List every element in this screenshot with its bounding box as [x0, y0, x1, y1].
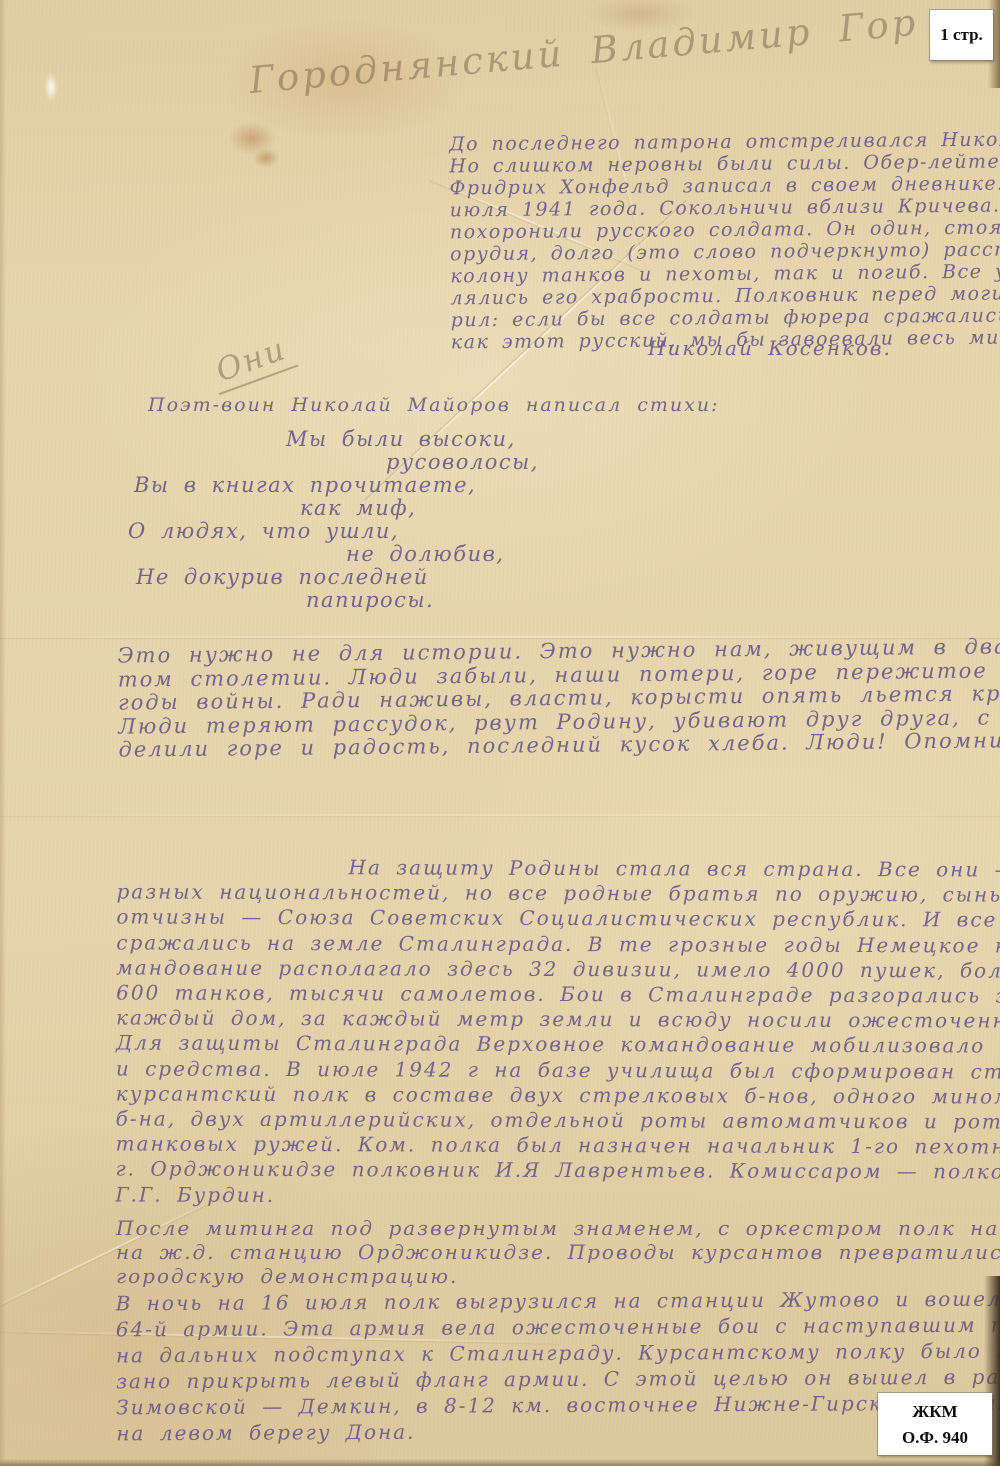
page-number-stamp: 1 стр. [930, 10, 993, 60]
history-line: б-на, двух артиллерийских, отдельной рот… [116, 1106, 1000, 1134]
diary-quote-paragraph: До последнего патрона отстреливался Нико… [449, 129, 999, 354]
history-line: После митинга под развернутым знаменем, … [116, 1216, 1000, 1240]
scan-edge [0, 0, 6, 1466]
paper-damage-spot [44, 72, 58, 102]
poem-line: Мы были высоки, [286, 428, 539, 451]
history-paragraph-farewell: После митинга под развернутым знаменем, … [116, 1216, 1000, 1288]
archive-stamp-number: О.Ф. 940 [878, 1425, 992, 1451]
pencil-margin-mark: Они [206, 329, 298, 395]
pencil-owner-inscription: Городнянский Владимир Гор [248, 0, 1000, 102]
poem: Мы были высоки, русоволосы, Вы в книгах … [128, 428, 539, 612]
appeal-paragraph: Это нужно не для истории. Это нужно нам,… [117, 635, 1000, 762]
history-line: 600 танков, тысячи самолетов. Бои в Стал… [116, 980, 1000, 1008]
poem-line: не долюбив, [346, 543, 539, 566]
scan-edge [0, 1459, 1000, 1466]
history-line: На защиту Родины стала вся страна. Все о… [117, 854, 1000, 882]
history-line: Г.Г. Бурдин. [115, 1182, 999, 1210]
fold-line [0, 814, 1000, 816]
poem-line: Не докурив последней [136, 566, 539, 589]
history-line: отчизны — Союза Советских Социалистическ… [116, 905, 1000, 933]
manuscript-page: Городнянский Владимир Гор 1 стр. До посл… [0, 0, 1000, 1466]
archive-stamp-museum: ЖКМ [878, 1399, 992, 1425]
history-line: на ж.д. станцию Орджоникидзе. Проводы ку… [116, 1240, 1000, 1264]
history-line: разных национальностей, но все родные бр… [116, 880, 1000, 908]
history-line: мандование располагало здесь 32 дивизии,… [116, 955, 1000, 983]
history-line: и средства. В июле 1942 г на базе училищ… [116, 1056, 1000, 1084]
poem-line: русоволосы, [386, 451, 539, 474]
history-line: городскую демонстрацию. [116, 1264, 1000, 1288]
history-line: г. Орджоникидзе полковник И.Я Лаврентьев… [115, 1157, 999, 1185]
history-paragraph-deployment: В ночь на 16 июля полк выгрузился на ста… [116, 1286, 1000, 1447]
history-line: на левом берегу Дона. [116, 1416, 1000, 1447]
history-line: танковых ружей. Ком. полка был назначен … [116, 1132, 1000, 1160]
archive-fund-stamp: ЖКМ О.Ф. 940 [878, 1393, 992, 1455]
history-line: Зимовской — Демкин, в 8-12 км. восточнее… [116, 1390, 1000, 1421]
poem-intro-line: Поэт-воин Николай Майоров написал стихи: [148, 394, 720, 416]
history-line: сражались на земле Сталинграда. В те гро… [116, 930, 1000, 958]
history-paragraph-stalingrad: На защиту Родины стала вся страна. Все о… [115, 854, 1000, 1210]
history-line: Для защиты Сталинграда Верховное командо… [116, 1031, 1000, 1059]
poem-line: папиросы. [306, 589, 539, 612]
poem-line: О людях, что ушли, [128, 520, 539, 543]
poem-line: Вы в книгах прочитаете, [134, 474, 539, 497]
history-line: каждый дом, за каждый метр земли и всюду… [116, 1006, 1000, 1034]
quote-signature: Николай Косенков. [648, 336, 892, 360]
poem-line: как миф, [300, 497, 539, 520]
history-line: курсантский полк в составе двух стрелков… [116, 1081, 1000, 1109]
